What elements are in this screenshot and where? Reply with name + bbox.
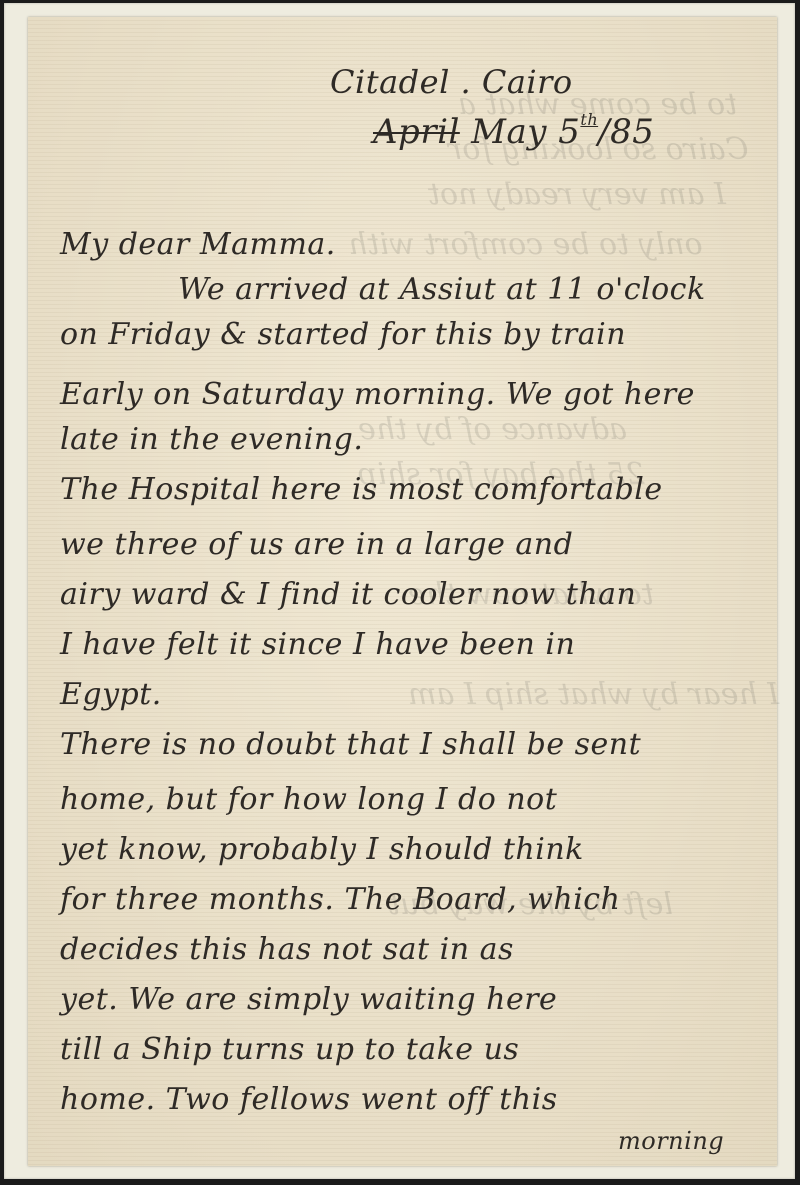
bleed-through-text: only to be comfort with	[348, 227, 703, 262]
body-line: Egypt.	[60, 677, 162, 712]
date-ordinal: th	[580, 110, 598, 129]
body-line: we three of us are in a large and	[60, 527, 573, 562]
body-line: I have felt it since I have been in	[60, 627, 575, 662]
date-year: /85	[598, 112, 654, 152]
bleed-through-text: I hear by what ship I am	[408, 677, 779, 712]
body-line: for three months. The Board, which	[60, 882, 620, 917]
date-day: 5	[558, 112, 580, 152]
body-line: yet. We are simply waiting here	[60, 982, 557, 1017]
body-line: airy ward & I find it cooler now than	[60, 577, 636, 612]
date-month: May	[471, 112, 547, 152]
body-line: on Friday & started for this by train	[60, 317, 626, 352]
body-line: late in the evening.	[60, 422, 363, 457]
letter-place: Citadel . Cairo	[330, 63, 573, 101]
body-line: yet know, probably I should think	[60, 832, 584, 867]
body-line: home, but for how long I do not	[60, 782, 557, 817]
body-line: There is no doubt that I shall be sent	[60, 727, 641, 762]
letter-page: to be come what a Cairo so looking for I…	[28, 17, 777, 1166]
bleed-through-text: I am very ready not	[428, 177, 726, 212]
body-line: decides this has not sat in as	[60, 932, 514, 967]
body-line: We arrived at Assiut at 11 o'clock	[178, 272, 706, 307]
bleed-through-text: advance of by the	[358, 412, 627, 447]
letter-date: April May 5th/85	[373, 112, 654, 152]
body-line: home. Two fellows went off this	[60, 1082, 558, 1117]
date-struck-word: April	[373, 112, 460, 152]
body-line: till a Ship turns up to take us	[60, 1032, 519, 1067]
body-line: Early on Saturday morning. We got here	[60, 377, 695, 412]
catchword: morning	[618, 1127, 724, 1155]
salutation: My dear Mamma.	[60, 227, 336, 262]
body-line: The Hospital here is most comfortable	[60, 472, 663, 507]
